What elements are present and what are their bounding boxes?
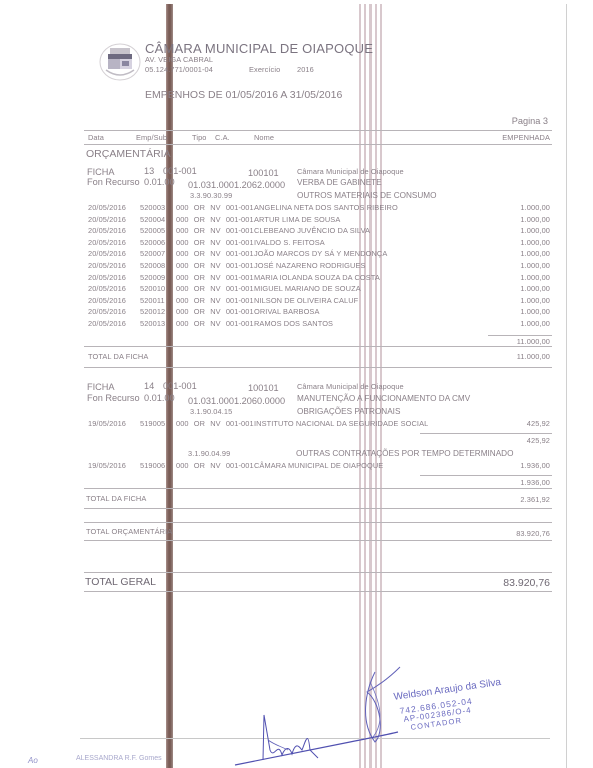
col-header-date: Data	[88, 133, 104, 142]
row-date: 20/05/2016	[88, 296, 126, 305]
director-signature	[230, 710, 400, 768]
row-sub-tipo-ca: 000 OR NV 001-001	[176, 203, 254, 212]
element-code: 3.1.90.04.99	[188, 449, 230, 458]
ficha-code: 100101	[248, 383, 279, 393]
total-geral-label: TOTAL GERAL	[85, 576, 156, 588]
row-emp: 520009	[140, 273, 165, 282]
row-sub-tipo-ca: 000 OR NV 001-001	[176, 319, 254, 328]
col-header-tipo: Tipo	[192, 133, 207, 142]
row-sub-tipo-ca: 000 OR NV 001-001	[176, 273, 254, 282]
exercise-label: Exercício	[249, 65, 280, 74]
row-date: 20/05/2016	[88, 238, 126, 247]
row-date: 20/05/2016	[88, 319, 126, 328]
ficha-number: 14	[144, 381, 154, 391]
row-sub-tipo-ca: 000 OR NV 001-001	[176, 461, 254, 470]
row-emp: 520003	[140, 203, 165, 212]
row-date: 19/05/2016	[88, 461, 126, 470]
row-emp: 520004	[140, 215, 165, 224]
row-name: CLEBEANO JUVÊNCIO DA SILVA	[254, 226, 370, 235]
row-sub-tipo-ca: 000 OR NV 001-001	[176, 261, 254, 270]
row-value: 1.000,00	[520, 249, 550, 258]
row-emp: 520012	[140, 307, 165, 316]
col-header-emp: Emp/Sub	[136, 133, 167, 142]
row-value: 1.000,00	[520, 284, 550, 293]
col-header-ca: C.A.	[215, 133, 230, 142]
row-name: MIGUEL MARIANO DE SOUZA	[254, 284, 361, 293]
row-value: 1.936,00	[520, 461, 550, 470]
ficha-number: 13	[144, 166, 154, 176]
row-date: 20/05/2016	[88, 273, 126, 282]
row-value: 1.000,00	[520, 215, 550, 224]
row-name: JOÃO MARCOS DY SÁ Y MENDONÇA	[254, 249, 387, 258]
footer-name: ALESSANDRA R.F. Gomes	[76, 755, 162, 762]
section-title: ORÇAMENTÁRIA	[86, 148, 171, 160]
fonte-label: Fon Recurso	[87, 393, 140, 403]
institution-cnpj: 05.124.771/0001-04	[145, 65, 213, 74]
row-value: 1.000,00	[520, 273, 550, 282]
row-date: 20/05/2016	[88, 284, 126, 293]
row-sub-tipo-ca: 000 OR NV 001-001	[176, 419, 254, 428]
element-code: 3.3.90.30.99	[190, 191, 232, 200]
ficha-org: Câmara Municipal de Oiapoque	[297, 167, 404, 176]
group-subtotal: 1.936,00	[520, 478, 550, 487]
row-name: ORIVAL BARBOSA	[254, 307, 319, 316]
row-emp: 519006	[140, 461, 165, 470]
row-name: NILSON DE OLIVEIRA CALUF	[254, 296, 358, 305]
row-emp: 519005	[140, 419, 165, 428]
ficha-label: FICHA	[87, 167, 115, 177]
row-date: 20/05/2016	[88, 261, 126, 270]
row-name: INSTITUTO NACIONAL DA SEGURIDADE SOCIAL	[254, 419, 428, 428]
row-name: JOSÉ NAZARENO RODRIGUES	[254, 261, 366, 270]
row-value: 1.000,00	[520, 261, 550, 270]
row-name: IVALDO S. FEITOSA	[254, 238, 325, 247]
total-geral-value: 83.920,76	[503, 577, 550, 589]
action-name: MANUTENÇÃO A FUNCIONAMENTO DA CMV	[297, 394, 470, 403]
col-header-value: EMPENHADA	[502, 133, 550, 142]
element-name: OUTROS MATERIAIS DE CONSUMO	[297, 191, 437, 200]
row-date: 20/05/2016	[88, 215, 126, 224]
element-name: OUTRAS CONTRATAÇÕES POR TEMPO DETERMINAD…	[296, 449, 513, 458]
ficha-label: FICHA	[87, 382, 115, 392]
page-number: Pagina 3	[512, 116, 548, 126]
col-header-name: Nome	[254, 133, 274, 142]
row-sub-tipo-ca: 000 OR NV 001-001	[176, 238, 254, 247]
footer-initial: Ao	[28, 756, 38, 765]
row-value: 1.000,00	[520, 203, 550, 212]
row-emp: 520008	[140, 261, 165, 270]
ficha-total-label: TOTAL DA FICHA	[86, 494, 146, 503]
row-emp: 520006	[140, 238, 165, 247]
ficha-total: 2.361,92	[520, 495, 550, 504]
row-sub-tipo-ca: 000 OR NV 001-001	[176, 296, 254, 305]
row-name: ANGELINA NETA DOS SANTOS RIBEIRO	[254, 203, 398, 212]
ficha-total: 11.000,00	[517, 352, 550, 361]
row-name: ARTUR LIMA DE SOUSA	[254, 215, 340, 224]
row-value: 1.000,00	[520, 238, 550, 247]
element-code: 3.1.90.04.15	[190, 407, 232, 416]
ficha-total-label: TOTAL DA FICHA	[88, 352, 148, 361]
total-orcamentaria-label: TOTAL ORÇAMENTÁRIA	[86, 527, 172, 536]
program-code: 01.031.0001.2060.0000	[188, 396, 285, 406]
institution-address: AV. VEIGA CABRAL	[145, 55, 213, 64]
total-orcamentaria-value: 83.920,76	[516, 529, 550, 538]
group-subtotal: 425,92	[527, 436, 550, 445]
row-name: RAMOS DOS SANTOS	[254, 319, 333, 328]
exercise-year: 2016	[297, 65, 314, 74]
row-sub-tipo-ca: 000 OR NV 001-001	[176, 249, 254, 258]
row-sub-tipo-ca: 000 OR NV 001-001	[176, 226, 254, 235]
institution-name: CÂMARA MUNICIPAL DE OIAPOQUE	[145, 41, 373, 56]
fonte-value: 0.01.00	[144, 393, 175, 403]
ficha-org: Câmara Municipal de Oiapoque	[297, 382, 404, 391]
row-emp: 520005	[140, 226, 165, 235]
row-sub-tipo-ca: 000 OR NV 001-001	[176, 284, 254, 293]
row-emp: 520013	[140, 319, 165, 328]
row-date: 20/05/2016	[88, 307, 126, 316]
row-value: 1.000,00	[520, 296, 550, 305]
row-emp: 520010	[140, 284, 165, 293]
row-sub-tipo-ca: 000 OR NV 001-001	[176, 215, 254, 224]
row-value: 425,92	[527, 419, 550, 428]
fonte-label: Fon Recurso	[87, 177, 140, 187]
row-emp: 520007	[140, 249, 165, 258]
element-name: OBRIGAÇÕES PATRONAIS	[297, 407, 400, 416]
row-value: 1.000,00	[520, 319, 550, 328]
action-name: VERBA DE GABINETE	[297, 178, 382, 187]
coat-of-arms-icon	[98, 40, 142, 82]
row-sub-tipo-ca: 000 OR NV 001-001	[176, 307, 254, 316]
row-emp: 520011	[140, 296, 165, 305]
ficha-unit: 001-001	[163, 166, 197, 176]
program-code: 01.031.0001.2062.0000	[188, 180, 285, 190]
row-date: 19/05/2016	[88, 419, 126, 428]
ficha-code: 100101	[248, 168, 279, 178]
row-value: 1.000,00	[520, 307, 550, 316]
row-name: CÂMARA MUNICIPAL DE OIAPOQUE	[254, 461, 383, 470]
row-name: MARIA IOLANDA SOUZA DA COSTA	[254, 273, 380, 282]
ficha-unit: 001-001	[163, 381, 197, 391]
group-subtotal: 11.000,00	[517, 337, 550, 346]
row-date: 20/05/2016	[88, 203, 126, 212]
report-title: EMPENHOS DE 01/05/2016 A 31/05/2016	[145, 89, 342, 101]
row-value: 1.000,00	[520, 226, 550, 235]
fonte-value: 0.01.00	[144, 177, 175, 187]
row-date: 20/05/2016	[88, 226, 126, 235]
scan-artifact-line	[566, 4, 567, 768]
row-date: 20/05/2016	[88, 249, 126, 258]
